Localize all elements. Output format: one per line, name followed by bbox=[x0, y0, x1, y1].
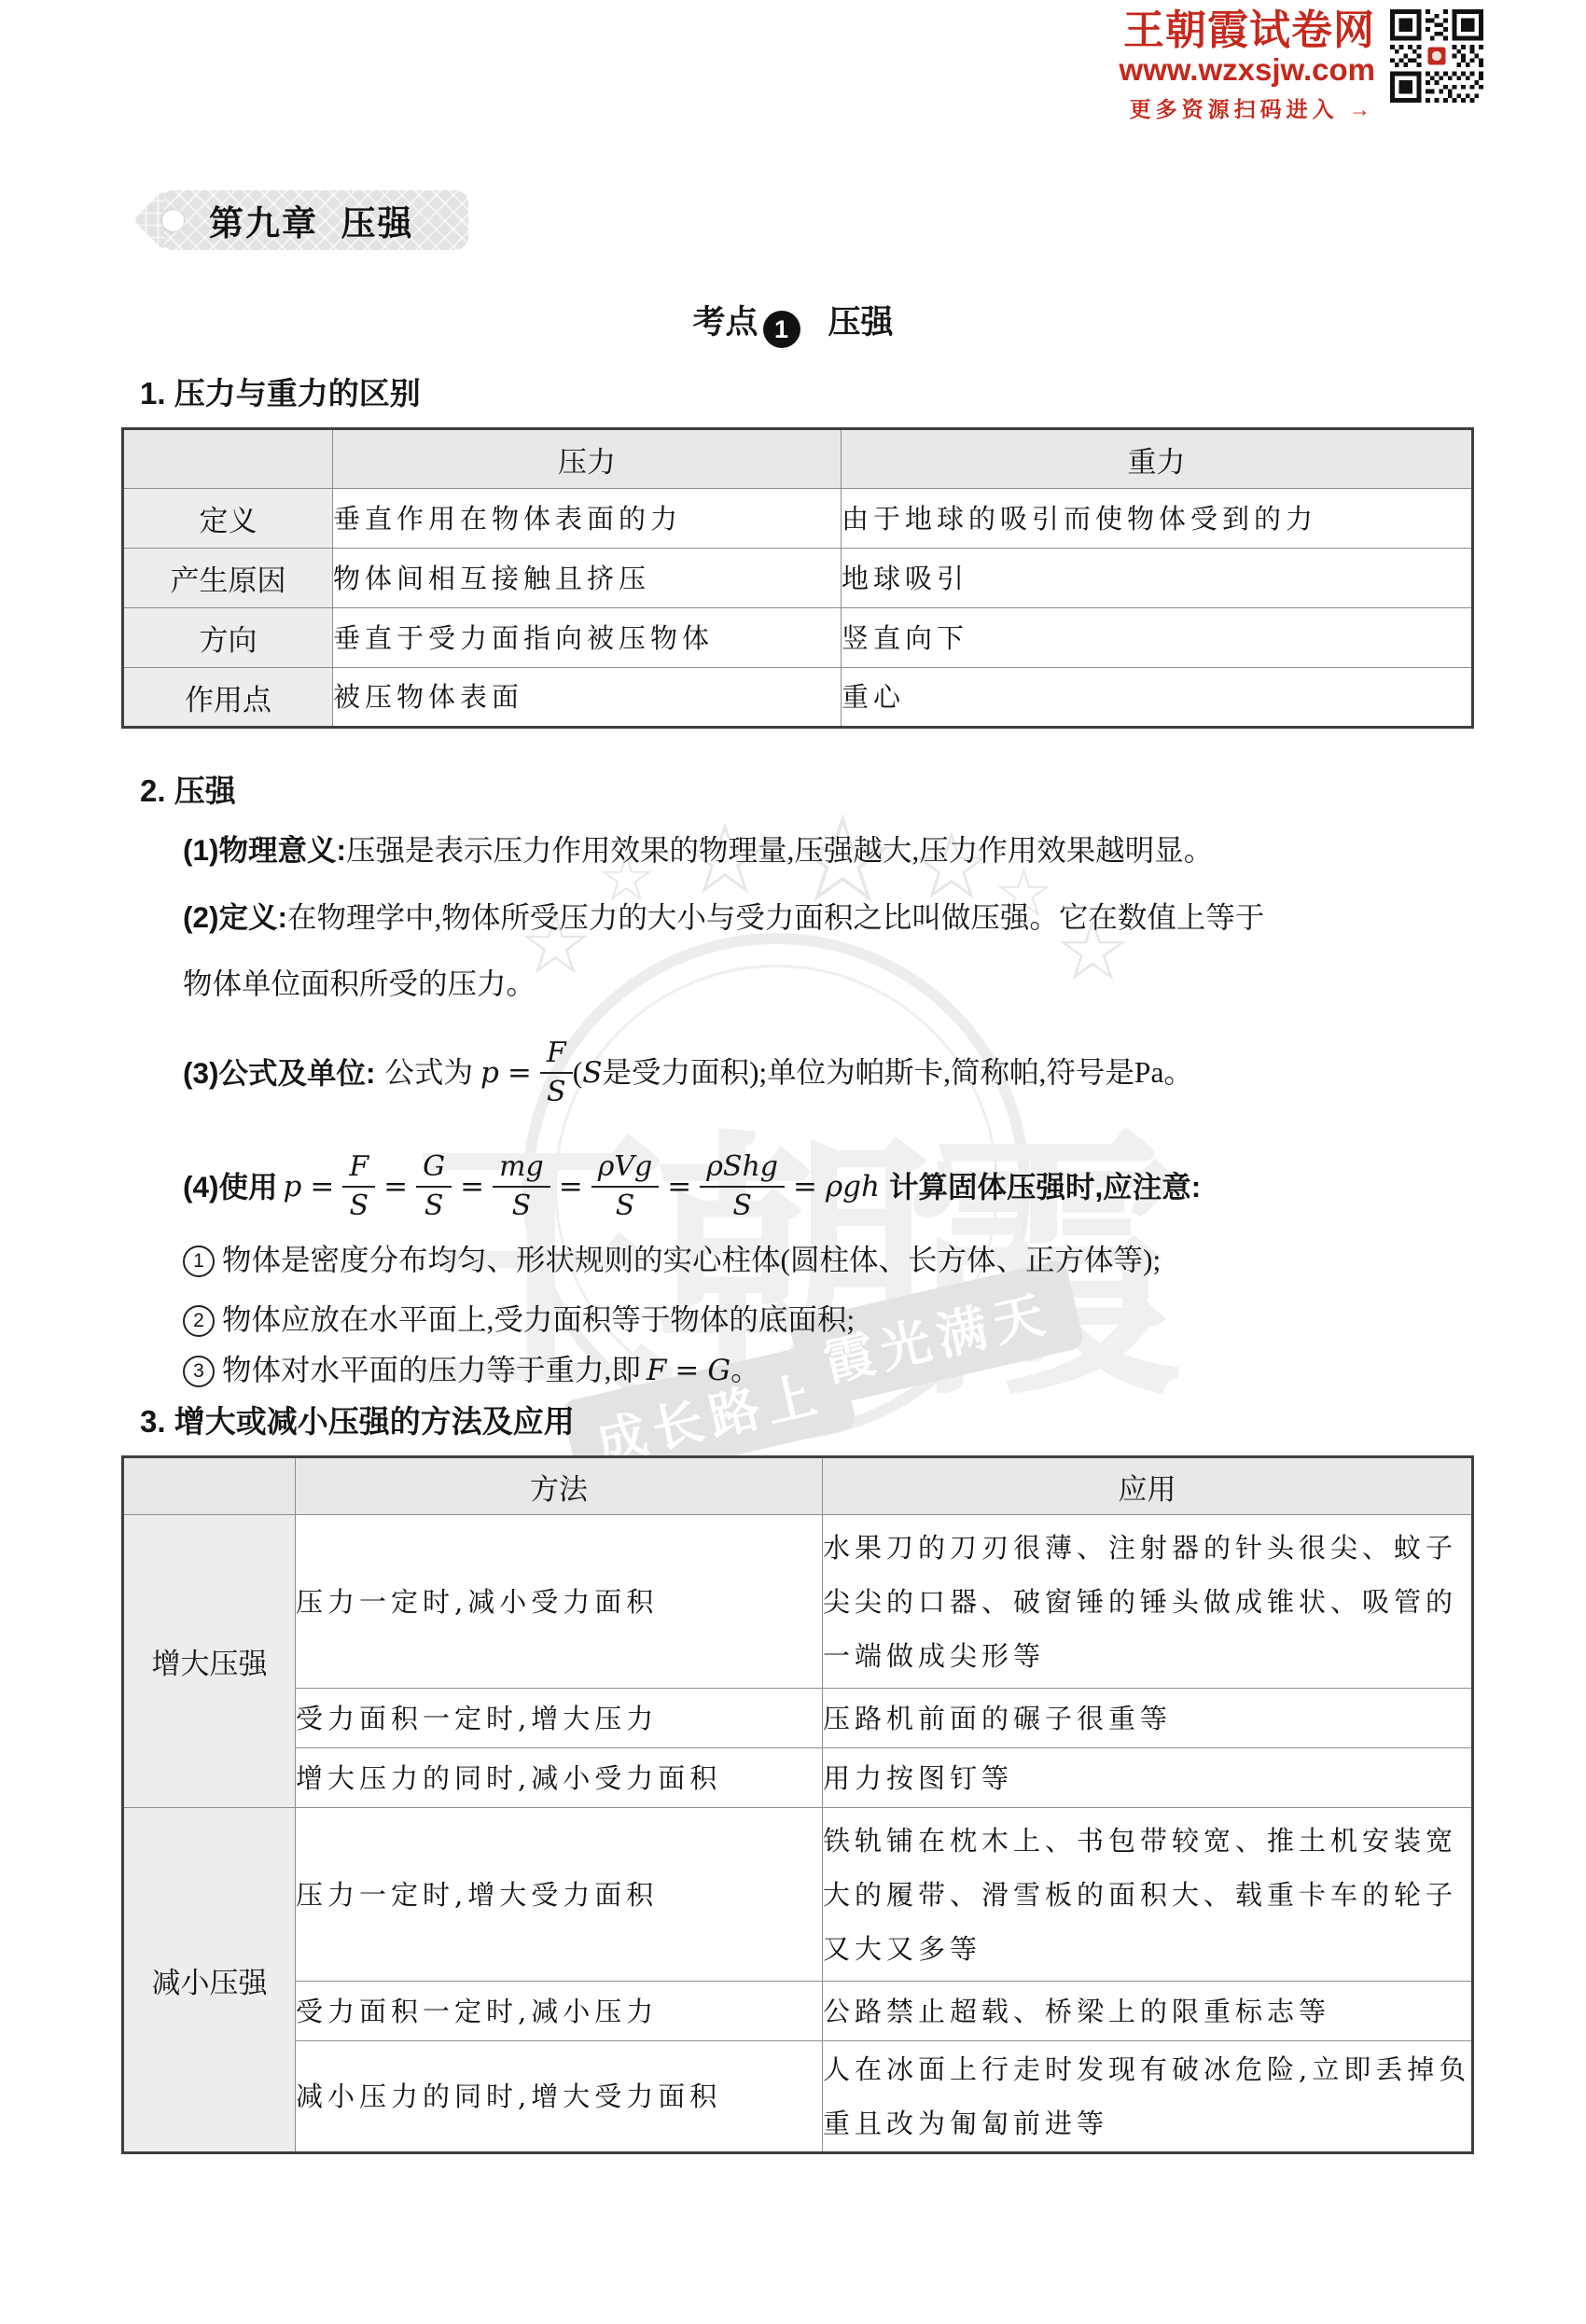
cell-application: 铁轨铺在枕木上、书包带较宽、推土机安装宽大的履带、滑雪板的面积大、载重卡车的轮子… bbox=[823, 1808, 1473, 1982]
fraction-numerator: G bbox=[416, 1151, 452, 1189]
table-row: 受力面积一定时,减小压力 公路禁止超载、桥梁上的限重标志等 bbox=[123, 1982, 1473, 2041]
table-row: 增大压力的同时,减小受力面积 用力按图钉等 bbox=[123, 1748, 1473, 1808]
label-physical-meaning: (1)物理意义: bbox=[183, 833, 346, 867]
note-2-text: 物体应放在水平面上,受力面积等于物体的底面积; bbox=[222, 1303, 855, 1336]
note-3-end: 。 bbox=[730, 1354, 760, 1386]
text-physical-meaning: 压强是表示压力作用效果的物理量,压强越大,压力作用效果越明显。 bbox=[346, 834, 1213, 867]
fraction-mg-S: mg S bbox=[493, 1151, 550, 1223]
fraction-G-S: G S bbox=[416, 1151, 452, 1223]
header-application: 应用 bbox=[823, 1457, 1473, 1515]
var-S: S bbox=[582, 1053, 602, 1092]
pressure-vs-gravity-table: 压力 重力 定义 垂直作用在物体表面的力 由于地球的吸引而使物体受到的力 产生原… bbox=[121, 427, 1474, 729]
fraction-numerator: mg bbox=[493, 1151, 550, 1189]
fraction-denominator: S bbox=[700, 1188, 785, 1223]
fraction-numerator: ρShg bbox=[700, 1151, 785, 1189]
fraction-numerator: ρVg bbox=[591, 1151, 660, 1189]
table-row: 方法 应用 bbox=[123, 1457, 1473, 1515]
equals-sign: = bbox=[383, 1167, 408, 1206]
equals-sign: = bbox=[508, 1053, 532, 1092]
header-pressure: 压力 bbox=[333, 429, 842, 489]
row-label: 方向 bbox=[123, 608, 333, 668]
table-row: 受力面积一定时,增大压力 压路机前面的碾子很重等 bbox=[123, 1689, 1473, 1748]
row-label: 作用点 bbox=[123, 668, 333, 728]
label-definition: (2)定义: bbox=[183, 900, 287, 934]
var-p: p bbox=[284, 1167, 302, 1206]
table-row: 作用点 被压物体表面 重心 bbox=[123, 668, 1473, 728]
text-formula-pre: 公式为 bbox=[385, 1053, 474, 1092]
paragraph-usage: (4)使用 p = F S = G S = mg S = ρVg S = bbox=[183, 1131, 1474, 1243]
fraction-numerator: F bbox=[540, 1037, 573, 1075]
cell-gravity: 由于地球的吸引而使物体受到的力 bbox=[842, 489, 1473, 549]
brand-url: www.wzxsjw.com bbox=[1120, 54, 1375, 87]
circled-number-icon: 1 bbox=[183, 1245, 215, 1277]
cell-gravity: 地球吸引 bbox=[842, 549, 1473, 608]
brand-tagline: 更多资源扫码进入 → bbox=[1130, 92, 1375, 123]
note-3-text: 物体对水平面的压力等于重力,即 bbox=[222, 1354, 641, 1386]
circled-number-icon: 3 bbox=[183, 1356, 215, 1387]
paragraph-definition: (2)定义:在物理学中,物体所受压力的大小与受力面积之比叫做压强。它在数值上等于 bbox=[183, 898, 1474, 938]
increase-decrease-pressure-table: 方法 应用 增大压强 压力一定时,减小受力面积 水果刀的刀刃很薄、注射器的针头很… bbox=[121, 1455, 1474, 2154]
exam-point-heading: 考点1压强 bbox=[0, 297, 1586, 348]
section2-heading: 2. 压强 bbox=[140, 767, 236, 811]
header-gravity: 重力 bbox=[842, 429, 1473, 489]
exam-point-number-badge: 1 bbox=[763, 311, 800, 348]
qr-code-icon bbox=[1390, 9, 1483, 103]
equals-sign: = bbox=[793, 1167, 817, 1206]
row-label: 产生原因 bbox=[123, 549, 333, 608]
fraction-F-S: F S bbox=[342, 1151, 375, 1223]
paragraph-definition-cont: 物体单位面积所受的压力。 bbox=[183, 965, 1474, 1004]
fraction-denominator: S bbox=[493, 1188, 550, 1223]
fraction-rhoVg-S: ρVg S bbox=[591, 1151, 660, 1223]
equals-sign: = bbox=[310, 1167, 334, 1206]
note-1: 1物体是密度分布均匀、形状规则的实心柱体(圆柱体、长方体、正方体等); bbox=[183, 1241, 1474, 1280]
table-row: 增大压强 压力一定时,减小受力面积 水果刀的刀刃很薄、注射器的针头很尖、蚊子尖尖… bbox=[123, 1515, 1473, 1689]
cell-gravity: 竖直向下 bbox=[842, 608, 1473, 668]
tag-hole-icon bbox=[162, 210, 184, 231]
table-row: 定义 垂直作用在物体表面的力 由于地球的吸引而使物体受到的力 bbox=[123, 489, 1473, 549]
table-row: 压力 重力 bbox=[123, 429, 1473, 489]
paragraph-meaning: (1)物理意义:压强是表示压力作用效果的物理量,压强越大,压力作用效果越明显。 bbox=[183, 830, 1474, 870]
label-usage: (4)使用 bbox=[183, 1167, 278, 1206]
var-p: p bbox=[480, 1053, 499, 1092]
brand-title: 王朝霞试卷网 bbox=[1123, 9, 1375, 52]
equals-sign: = bbox=[559, 1167, 583, 1206]
cell-pressure: 被压物体表面 bbox=[333, 668, 842, 728]
fraction-denominator: S bbox=[416, 1188, 452, 1223]
paren-open: ( bbox=[573, 1053, 583, 1092]
fraction-denominator: S bbox=[342, 1188, 375, 1223]
fraction-denominator: S bbox=[540, 1074, 573, 1109]
table-row: 减小压力的同时,增大受力面积 人在冰面上行走时发现有破冰危险,立即丢掉负重且改为… bbox=[123, 2041, 1473, 2153]
section1-heading: 1. 压力与重力的区别 bbox=[140, 369, 421, 413]
brand-header: 王朝霞试卷网 www.wzxsjw.com 更多资源扫码进入 → bbox=[1120, 9, 1483, 123]
cell-application: 人在冰面上行走时发现有破冰危险,立即丢掉负重且改为匍匐前进等 bbox=[823, 2041, 1473, 2153]
cell-method: 压力一定时,增大受力面积 bbox=[296, 1808, 823, 1982]
header-empty-cell bbox=[123, 429, 333, 489]
equals-sign: = bbox=[675, 1354, 699, 1387]
cell-method: 受力面积一定时,减小压力 bbox=[296, 1982, 823, 2041]
cell-application: 压路机前面的碾子很重等 bbox=[823, 1689, 1473, 1748]
text-formula-rest: 是受力面积);单位为帕斯卡,简称帕,符号是Pa。 bbox=[602, 1053, 1193, 1092]
fraction-rhoShg-S: ρShg S bbox=[700, 1151, 785, 1223]
fraction-numerator: F bbox=[342, 1151, 375, 1189]
cell-application: 水果刀的刀刃很薄、注射器的针头很尖、蚊子尖尖的口器、破窗锤的锤头做成锥状、吸管的… bbox=[823, 1515, 1473, 1689]
chapter-title: 第九章 压强 bbox=[209, 195, 414, 245]
paragraph-formula-unit: (3)公式及单位: 公式为 p = F S (S是受力面积);单位为帕斯卡,简称… bbox=[183, 1024, 1474, 1121]
header-method: 方法 bbox=[296, 1457, 823, 1515]
note-2: 2物体应放在水平面上,受力面积等于物体的底面积; bbox=[183, 1301, 1474, 1340]
table-row: 方向 垂直于受力面指向被压物体 竖直向下 bbox=[123, 608, 1473, 668]
text-definition: 在物理学中,物体所受压力的大小与受力面积之比叫做压强。它在数值上等于 bbox=[287, 901, 1264, 934]
equals-sign: = bbox=[460, 1167, 484, 1206]
text-definition-cont: 物体单位面积所受的压力。 bbox=[183, 967, 536, 1000]
cell-method: 减小压力的同时,增大受力面积 bbox=[296, 2041, 823, 2153]
note-3: 3物体对水平面的压力等于重力,即F=G。 bbox=[183, 1351, 1474, 1390]
chapter-banner: 第九章 压强 bbox=[140, 190, 468, 250]
cell-pressure: 垂直作用在物体表面的力 bbox=[333, 489, 842, 549]
equals-sign: = bbox=[667, 1167, 691, 1206]
text-usage-post: 计算固体压强时,应注意: bbox=[889, 1167, 1201, 1206]
fraction-denominator: S bbox=[591, 1188, 660, 1223]
cell-method: 压力一定时,减小受力面积 bbox=[296, 1515, 823, 1689]
label-formula-unit: (3)公式及单位: bbox=[183, 1053, 376, 1092]
cell-method: 受力面积一定时,增大压力 bbox=[296, 1689, 823, 1748]
cell-application: 用力按图钉等 bbox=[823, 1748, 1473, 1808]
table-row: 产生原因 物体间相互接触且挤压 地球吸引 bbox=[123, 549, 1473, 608]
var-rho-g-h: ρgh bbox=[826, 1167, 880, 1206]
header-empty-cell bbox=[123, 1457, 296, 1515]
row-label: 定义 bbox=[123, 489, 333, 549]
circled-number-icon: 2 bbox=[183, 1305, 215, 1337]
fraction-F-S: F S bbox=[540, 1037, 573, 1109]
cell-pressure: 垂直于受力面指向被压物体 bbox=[333, 608, 842, 668]
cell-pressure: 物体间相互接触且挤压 bbox=[333, 549, 842, 608]
document-page: ☆ ☆ ☆ ☆ ☆ ☆ ☆ 王朝霞 成长路上 霞光满天 王朝霞试卷网 www.w… bbox=[0, 0, 1586, 2324]
note-1-text: 物体是密度分布均匀、形状规则的实心柱体(圆柱体、长方体、正方体等); bbox=[222, 1244, 1161, 1276]
section3-heading: 3. 增大或减小压强的方法及应用 bbox=[140, 1398, 575, 1441]
group-label-decrease: 减小压强 bbox=[123, 1808, 296, 2153]
exam-point-title: 压强 bbox=[828, 304, 894, 341]
var-G: G bbox=[707, 1354, 730, 1387]
group-label-increase: 增大压强 bbox=[123, 1515, 296, 1808]
table-row: 减小压强 压力一定时,增大受力面积 铁轨铺在枕木上、书包带较宽、推土机安装宽大的… bbox=[123, 1808, 1473, 1982]
exam-point-prefix: 考点 bbox=[692, 304, 758, 341]
cell-method: 增大压力的同时,减小受力面积 bbox=[296, 1748, 823, 1808]
cell-gravity: 重心 bbox=[842, 668, 1473, 728]
var-F: F bbox=[647, 1354, 667, 1387]
cell-application: 公路禁止超载、桥梁上的限重标志等 bbox=[823, 1982, 1473, 2041]
